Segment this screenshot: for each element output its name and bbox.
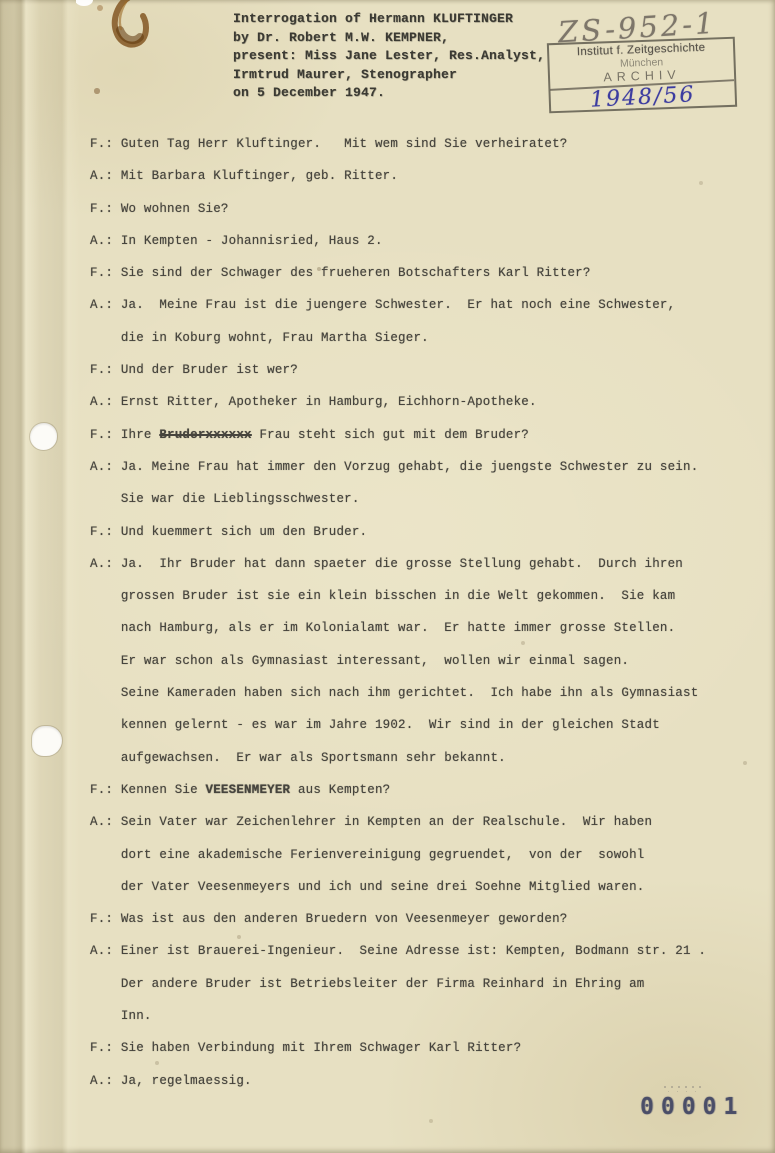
rust-stain <box>76 0 162 62</box>
qa-continuation-line: dort eine akademische Ferienvereinigung … <box>90 839 761 871</box>
line-text: Sein Vater war Zeichenlehrer in Kempten … <box>121 815 652 829</box>
qa-continuation-line: kennen gelernt - es war im Jahre 1902. W… <box>90 709 761 741</box>
speaker-prefix <box>90 589 121 603</box>
archive-stamp: Institut f. Zeitgeschichte München ARCHI… <box>547 37 737 114</box>
emphasized-name: VEESENMEYER <box>206 783 291 797</box>
qa-continuation-line: Der andere Bruder ist Betriebsleiter der… <box>90 968 761 1000</box>
qa-line: A.: Ja. Meine Frau ist die juengere Schw… <box>90 289 761 321</box>
qa-continuation-line: Sie war die Lieblingsschwester. <box>90 483 761 515</box>
speaker-prefix: F.: <box>90 783 121 797</box>
qa-continuation-line: nach Hamburg, als er im Kolonialamt war.… <box>90 612 761 644</box>
qa-line: F.: Sie sind der Schwager des frueheren … <box>90 257 761 289</box>
punch-hole-top <box>30 423 57 450</box>
speaker-prefix <box>90 880 121 894</box>
line-text: Sie sind der Schwager des frueheren Bots… <box>121 266 591 280</box>
line-text: Der andere Bruder ist Betriebsleiter der… <box>121 977 645 991</box>
qa-line: F.: Ihre Bruderxxxxxx Frau steht sich gu… <box>90 419 761 451</box>
line-text: grossen Bruder ist sie ein klein bissche… <box>121 589 676 603</box>
page-number-stamp: 00001 <box>640 1096 744 1119</box>
line-text: Ja. Ihr Bruder hat dann spaeter die gros… <box>121 557 683 571</box>
speaker-prefix <box>90 331 121 345</box>
line-text: Frau steht sich gut mit dem Bruder? <box>252 428 529 442</box>
header-line: Interrogation of Hermann KLUFTINGER <box>233 10 545 29</box>
line-text: Ja. Meine Frau ist die juengere Schweste… <box>121 298 676 312</box>
speaker-prefix: F.: <box>90 363 121 377</box>
speaker-prefix: A.: <box>90 1074 121 1088</box>
header-line: by Dr. Robert M.W. KEMPNER, <box>233 29 545 48</box>
qa-line: A.: Ja, regelmaessig. <box>90 1065 761 1097</box>
speaker-prefix: F.: <box>90 202 121 216</box>
paper-specks <box>0 0 2 2</box>
qa-line: F.: Und der Bruder ist wer? <box>90 354 761 386</box>
line-text: Und der Bruder ist wer? <box>121 363 298 377</box>
qa-continuation-line: der Vater Veesenmeyers und ich und seine… <box>90 871 761 903</box>
line-text: Und kuemmert sich um den Bruder. <box>121 525 367 539</box>
header-line: on 5 December 1947. <box>233 84 545 103</box>
speaker-prefix <box>90 977 121 991</box>
line-text: Mit Barbara Kluftinger, geb. Ritter. <box>121 169 398 183</box>
header-block: Interrogation of Hermann KLUFTINGERby Dr… <box>233 10 545 103</box>
qa-line: A.: In Kempten - Johannisried, Haus 2. <box>90 225 761 257</box>
qa-continuation-line: aufgewachsen. Er war als Sportsmann sehr… <box>90 742 761 774</box>
line-text: Sie haben Verbindung mit Ihrem Schwager … <box>121 1041 521 1055</box>
speaker-prefix: F.: <box>90 266 121 280</box>
qa-continuation-line: Er war schon als Gymnasiast interessant,… <box>90 645 761 677</box>
qa-continuation-line: Inn. <box>90 1000 761 1032</box>
struck-text: Bruderxxxxxx <box>159 428 251 442</box>
qa-continuation-line: die in Koburg wohnt, Frau Martha Sieger. <box>90 322 761 354</box>
line-text: Inn. <box>121 1009 152 1023</box>
header-line: present: Miss Jane Lester, Res.Analyst, <box>233 47 545 66</box>
document-page: Interrogation of Hermann KLUFTINGERby Dr… <box>0 0 775 1153</box>
speaker-prefix: A.: <box>90 557 121 571</box>
line-text: Einer ist Brauerei-Ingenieur. Seine Adre… <box>121 944 706 958</box>
speaker-prefix <box>90 686 121 700</box>
qa-continuation-line: grossen Bruder ist sie ein klein bissche… <box>90 580 761 612</box>
qa-line: F.: Kennen Sie VEESENMEYER aus Kempten? <box>90 774 761 806</box>
line-text: nach Hamburg, als er im Kolonialamt war.… <box>121 621 676 635</box>
qa-line: F.: Was ist aus den anderen Bruedern von… <box>90 903 761 935</box>
speaker-prefix <box>90 751 121 765</box>
speaker-prefix: A.: <box>90 234 121 248</box>
speaker-prefix <box>90 1009 121 1023</box>
speaker-prefix: A.: <box>90 395 121 409</box>
line-text: Wo wohnen Sie? <box>121 202 229 216</box>
speaker-prefix: A.: <box>90 298 121 312</box>
line-text: Ja. Meine Frau hat immer den Vorzug geha… <box>121 460 699 474</box>
qa-line: A.: Ja. Ihr Bruder hat dann spaeter die … <box>90 548 761 580</box>
speaker-prefix: A.: <box>90 460 121 474</box>
qa-line: F.: Wo wohnen Sie? <box>90 193 761 225</box>
speaker-prefix: A.: <box>90 944 121 958</box>
speaker-prefix: A.: <box>90 169 121 183</box>
punch-hole-bottom <box>32 726 62 756</box>
faint-print-mark <box>664 1086 706 1093</box>
qa-line: A.: Sein Vater war Zeichenlehrer in Kemp… <box>90 806 761 838</box>
speaker-prefix: F.: <box>90 428 121 442</box>
line-text: In Kempten - Johannisried, Haus 2. <box>121 234 383 248</box>
line-text: Er war schon als Gymnasiast interessant,… <box>121 654 629 668</box>
speaker-prefix: F.: <box>90 1041 121 1055</box>
speaker-prefix: F.: <box>90 525 121 539</box>
line-text: Guten Tag Herr Kluftinger. Mit wem sind … <box>121 137 568 151</box>
line-text: Ja, regelmaessig. <box>121 1074 252 1088</box>
speaker-prefix: F.: <box>90 912 121 926</box>
line-text: Was ist aus den anderen Bruedern von Vee… <box>121 912 568 926</box>
line-text: Ernst Ritter, Apotheker in Hamburg, Eich… <box>121 395 537 409</box>
qa-line: F.: Sie haben Verbindung mit Ihrem Schwa… <box>90 1032 761 1064</box>
qa-line: A.: Mit Barbara Kluftinger, geb. Ritter. <box>90 160 761 192</box>
speaker-prefix <box>90 492 121 506</box>
line-text: die in Koburg wohnt, Frau Martha Sieger. <box>121 331 429 345</box>
qa-line: A.: Ernst Ritter, Apotheker in Hamburg, … <box>90 386 761 418</box>
speaker-prefix <box>90 621 121 635</box>
line-text: Ihre <box>121 428 160 442</box>
line-text: Sie war die Lieblingsschwester. <box>121 492 360 506</box>
line-text: kennen gelernt - es war im Jahre 1902. W… <box>121 718 660 732</box>
speaker-prefix: A.: <box>90 815 121 829</box>
line-text: aufgewachsen. Er war als Sportsmann sehr… <box>121 751 506 765</box>
line-text: aus Kempten? <box>290 783 390 797</box>
line-text: der Vater Veesenmeyers und ich und seine… <box>121 880 645 894</box>
qa-continuation-line: Seine Kameraden haben sich nach ihm geri… <box>90 677 761 709</box>
line-text: Kennen Sie <box>121 783 206 797</box>
qa-line: A.: Einer ist Brauerei-Ingenieur. Seine … <box>90 935 761 967</box>
paper-fold-shading <box>0 0 80 1153</box>
transcript: F.: Guten Tag Herr Kluftinger. Mit wem s… <box>90 128 761 1097</box>
speaker-prefix <box>90 654 121 668</box>
line-text: Seine Kameraden haben sich nach ihm geri… <box>121 686 699 700</box>
qa-line: A.: Ja. Meine Frau hat immer den Vorzug … <box>90 451 761 483</box>
stamp-number-handwriting: 1948/56 <box>550 79 735 115</box>
speaker-prefix: F.: <box>90 137 121 151</box>
speaker-prefix <box>90 848 121 862</box>
qa-line: F.: Und kuemmert sich um den Bruder. <box>90 516 761 548</box>
header-line: Irmtrud Maurer, Stenographer <box>233 66 545 85</box>
qa-line: F.: Guten Tag Herr Kluftinger. Mit wem s… <box>90 128 761 160</box>
line-text: dort eine akademische Ferienvereinigung … <box>121 848 645 862</box>
speaker-prefix <box>90 718 121 732</box>
